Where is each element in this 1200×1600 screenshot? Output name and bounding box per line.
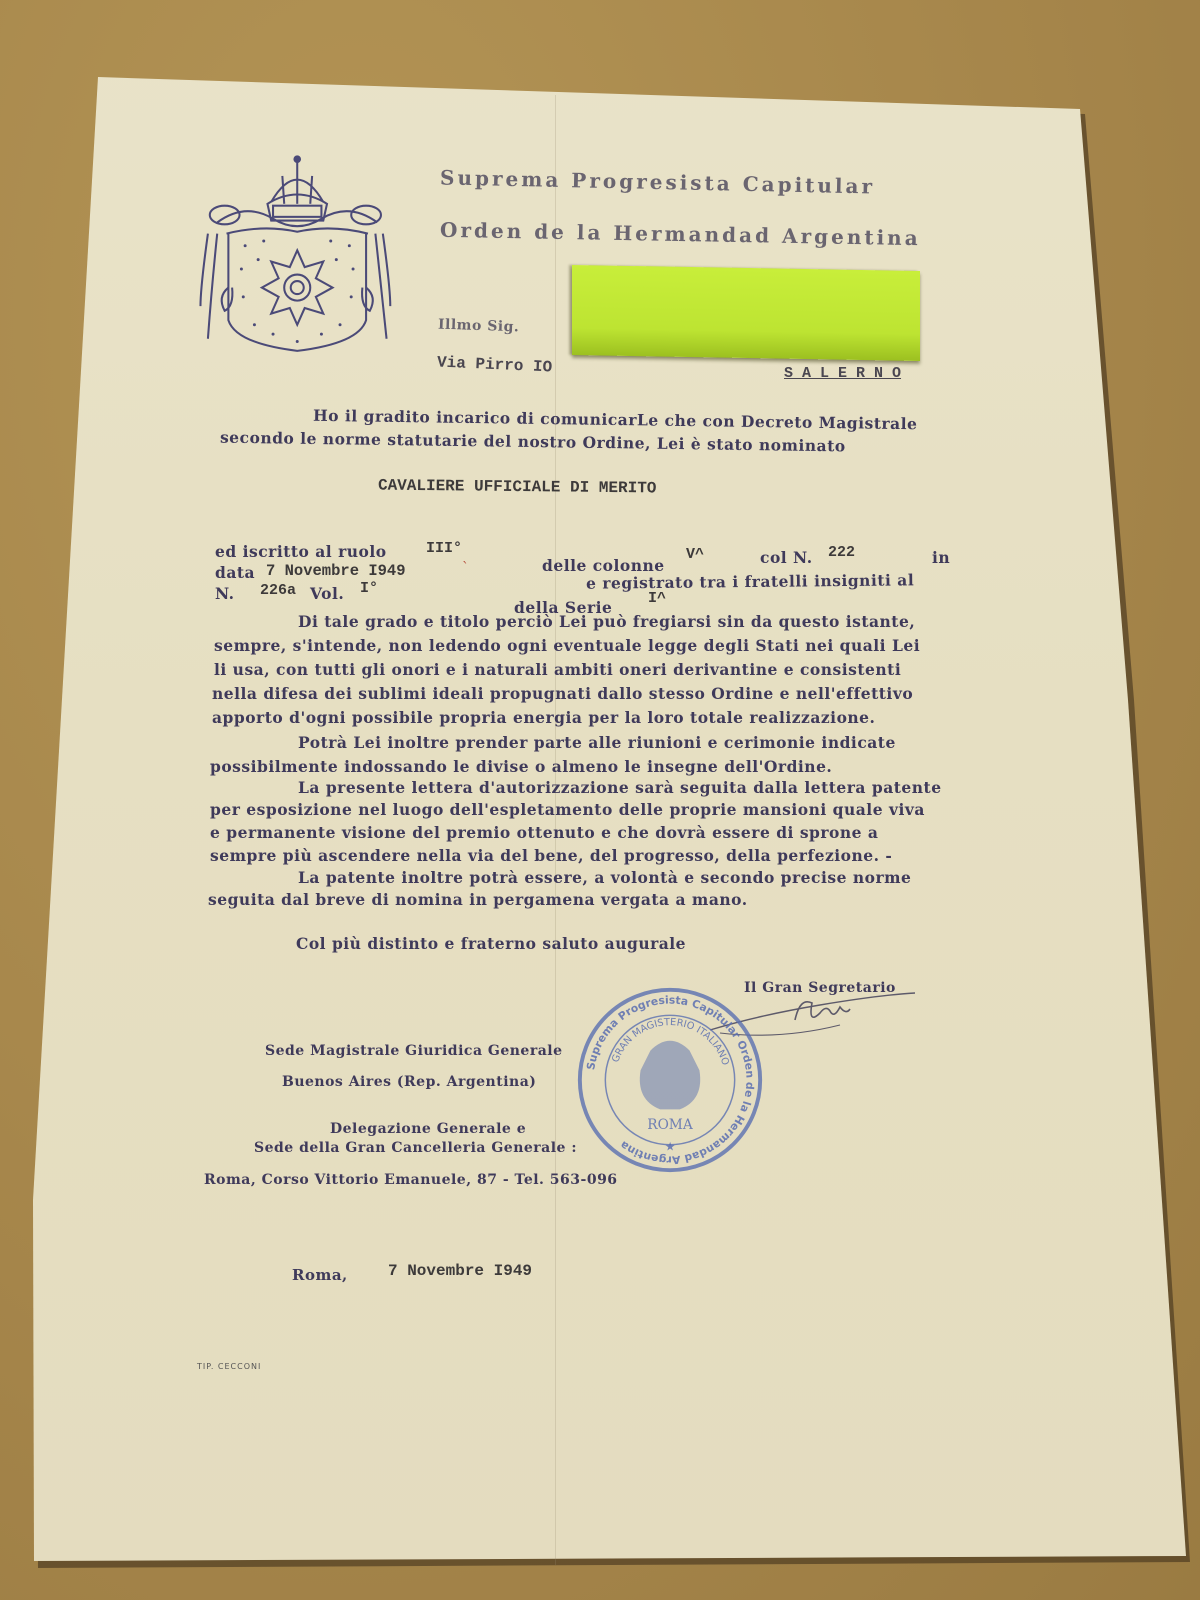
stamp-city: ROMA (647, 1117, 694, 1133)
registration-label-ruolo: ed iscritto al ruolo (215, 542, 387, 561)
recipient-city: S A L E R N O (784, 365, 901, 382)
red-tick-mark: ˋ (462, 560, 469, 576)
body-line: possibilmente indossando le divise o alm… (210, 757, 832, 776)
footer-line-3: Delegazione Generale e (330, 1121, 526, 1137)
coat-of-arms-icon (178, 148, 396, 362)
registration-registered-text: e registrato tra i fratelli insigniti al (586, 570, 914, 592)
body-line: Potrà Lei inoltre prender parte alle riu… (298, 733, 896, 752)
footer-address: Roma, Corso Vittorio Emanuele, 87 - Tel.… (204, 1172, 618, 1188)
redaction-sticky-note (572, 265, 920, 361)
printer-mark: TIP. CECCONI (197, 1362, 261, 1371)
body-line: per esposizione nel luogo dell'espletame… (210, 800, 925, 819)
place: Roma, (292, 1266, 348, 1284)
footer-line-4: Sede della Gran Cancelleria Generale : (254, 1140, 577, 1156)
registration-ruolo-value: III° (426, 540, 462, 557)
registration-label-col: col N. (760, 548, 813, 567)
body-line: nella difesa dei sublimi ideali propugna… (212, 684, 913, 703)
footer-line-2: Buenos Aires (Rep. Argentina) (282, 1074, 536, 1090)
body-line: La patente inoltre potrà essere, a volon… (298, 868, 911, 887)
registration-number: 226a (260, 582, 296, 599)
registration-label-data: data (215, 563, 255, 582)
registration-colonne-value: V^ (686, 546, 704, 563)
official-stamp-icon: Suprema Progresista Capitular Orden de l… (572, 982, 768, 1178)
body-line: Di tale grado e titolo perciò Lei può fr… (298, 612, 915, 631)
body-line: e permanente visione del premio ottenuto… (210, 823, 878, 842)
registration-col-value: 222 (828, 544, 855, 561)
registration-label-vol: Vol. (310, 584, 344, 603)
body-line: La presente lettera d'autorizzazione sar… (298, 778, 942, 797)
registration-vol-value: I° (360, 580, 378, 597)
closing-salutation: Col più distinto e fraterno saluto augur… (296, 934, 686, 953)
salutation: Illmo Sig. (438, 317, 520, 336)
footer-line-1: Sede Magistrale Giuridica Generale (265, 1043, 563, 1059)
registration-serie-value: I^ (648, 590, 666, 607)
body-line: sempre più ascendere nella via del bene,… (210, 846, 892, 865)
body-line: li usa, con tutti gli onori e i naturali… (214, 660, 901, 679)
registration-label-n: N. (215, 584, 235, 603)
awarded-title: CAVALIERE UFFICIALE DI MERITO (378, 477, 657, 498)
registration-date: 7 Novembre I949 (266, 562, 406, 580)
date: 7 Novembre I949 (388, 1262, 532, 1280)
registration-in: in (932, 548, 950, 567)
body-line: seguita dal breve di nomina in pergamena… (208, 890, 748, 909)
body-line: apporto d'ogni possibile propria energia… (212, 708, 875, 727)
svg-text:★: ★ (665, 1140, 676, 1154)
body-line: sempre, s'intende, non ledendo ogni even… (214, 636, 920, 655)
